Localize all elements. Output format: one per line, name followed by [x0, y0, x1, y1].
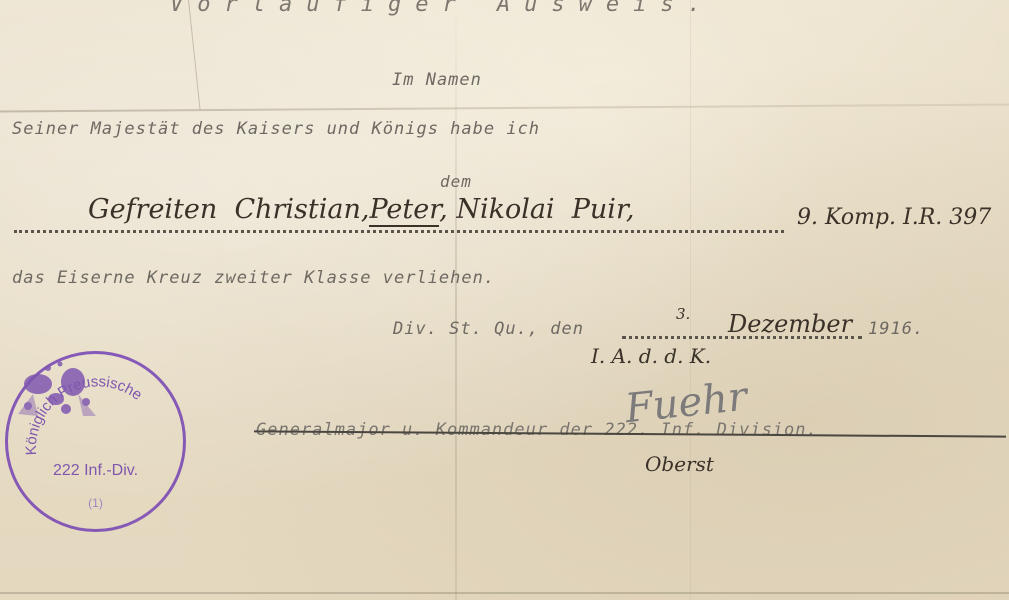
recipient-name: Gefreiten Christian,Peter, Nikolai Puir,: [88, 194, 634, 225]
recipient-first-name: Christian,: [234, 194, 369, 225]
document-page: Vorläufiger Ausweis. Im Namen Seiner Maj…: [0, 0, 1009, 600]
date-month: Dezember: [728, 310, 852, 338]
dotted-fill-line: [14, 230, 784, 233]
recipient-rank: Gefreiten: [88, 194, 217, 225]
date-day: 3.: [676, 305, 690, 323]
signer-rank: Oberst: [645, 452, 714, 476]
majesty-line: Seiner Majestät des Kaisers und Königs h…: [12, 119, 540, 139]
stamp-number: (1): [8, 496, 183, 510]
place-date-prefix: Div. St. Qu., den: [393, 319, 584, 339]
dem-label: dem: [440, 172, 472, 191]
official-stamp: Königlich Preussische 222 Inf.-Div. (1): [5, 351, 186, 532]
fold-crease: [690, 0, 691, 600]
fold-crease: [0, 103, 1009, 112]
proxy-note: I. A. d. d. K.: [591, 344, 711, 368]
recipient-underlined-name: Peter: [369, 194, 439, 227]
eagle-emblem-icon: [8, 354, 103, 424]
recipient-unit: 9. Komp. I.R. 397: [797, 205, 991, 230]
award-line: das Eiserne Kreuz zweiter Klasse verlieh…: [12, 268, 495, 288]
recipient-surname: Puir,: [572, 194, 635, 225]
document-title: Vorläufiger Ausweis.: [170, 0, 715, 17]
recipient-middle-name: , Nikolai: [439, 194, 554, 225]
date-year: 1916.: [868, 319, 924, 339]
salutation: Im Namen: [392, 70, 482, 90]
fold-crease: [455, 0, 457, 600]
stamp-bottom-text: 222 Inf.-Div.: [8, 462, 183, 480]
fold-crease: [0, 592, 1009, 594]
